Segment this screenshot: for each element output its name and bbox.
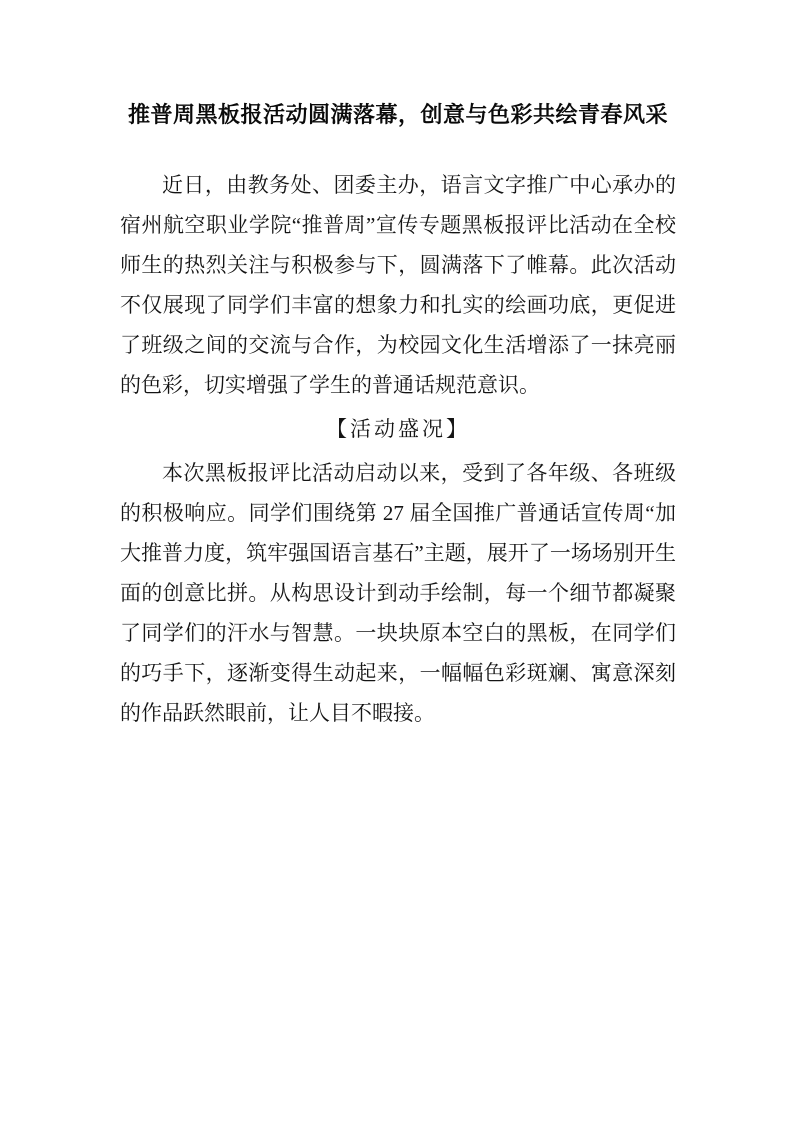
paragraph-activity: 本次黑板报评比活动启动以来，受到了各年级、各班级的积极响应。同学们围绕第 27 … [120, 453, 676, 733]
document-title: 推普周黑板报活动圆满落幕，创意与色彩共绘青春风采 [120, 95, 676, 135]
section-heading-activity: 【活动盛况】 [120, 407, 676, 451]
document-page: 推普周黑板报活动圆满落幕，创意与色彩共绘青春风采 近日，由教务处、团委主办，语言… [0, 0, 793, 1122]
paragraph-intro: 近日，由教务处、团委主办，语言文字推广中心承办的宿州航空职业学院“推普周”宣传专… [120, 165, 676, 405]
document-body: 推普周黑板报活动圆满落幕，创意与色彩共绘青春风采 近日，由教务处、团委主办，语言… [120, 95, 676, 733]
